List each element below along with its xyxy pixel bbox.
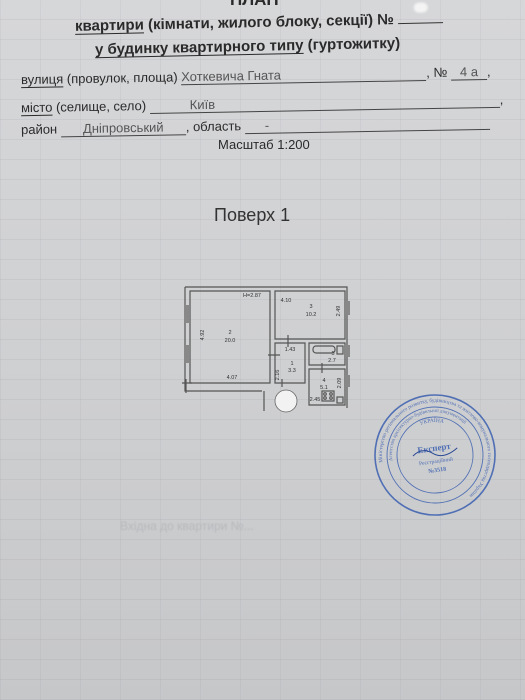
- region-label: , область: [186, 118, 242, 134]
- house-no-label: №: [433, 65, 447, 80]
- region-value: -: [265, 118, 270, 133]
- apartment-type-rest: (кімнати, жилого блоку, секції) №: [144, 11, 394, 33]
- stamp-registered: Реєстраційний: [419, 456, 454, 468]
- stamp-reg-number: №3518: [428, 467, 447, 475]
- city-value: Київ: [190, 97, 216, 112]
- house-no-value: 4 а: [460, 64, 478, 79]
- redacted-number: [414, 2, 428, 12]
- room-4-area: 5.1: [320, 385, 328, 391]
- stamp-title: Експерт: [417, 441, 452, 456]
- room-1-area: 3.3: [288, 368, 296, 374]
- district-field: Дніпровський: [61, 119, 186, 137]
- room-3-area: 10.2: [306, 312, 317, 318]
- floor-title: Поверх 1: [214, 205, 290, 226]
- faint-bleed-text: Вхідна до квартири №...: [120, 519, 254, 533]
- street-row: вулиця (провулок, площа) Хоткевича Гната…: [21, 64, 491, 88]
- title-line-1: квартири (кімнати, жилого блоку, секції)…: [75, 10, 443, 35]
- house-no-field: 4 а: [451, 64, 487, 81]
- room-2-area: 20.0: [225, 338, 236, 344]
- city-label: місто: [21, 100, 53, 116]
- district-label: район: [21, 121, 57, 137]
- city-row: місто (селище, село) Київ,: [21, 92, 504, 116]
- street-label: вулиця: [21, 71, 63, 87]
- room-3-dim-b: 2.49: [336, 306, 342, 317]
- street-field: Хоткевича Гната: [181, 65, 426, 85]
- expert-stamp: Міністерство регіонального розвитку, буд…: [365, 385, 505, 525]
- room-5-number: 5: [331, 351, 334, 357]
- room-1-dim-b: 2.16: [275, 370, 281, 381]
- apartment-type-label: квартири: [75, 16, 144, 34]
- room-4-dim-a: 2.09: [337, 378, 343, 389]
- document-page: ПЛАН квартири (кімнати, жилого блоку, се…: [0, 0, 525, 700]
- city-field: Київ: [150, 92, 500, 114]
- room-3-dim-a: 4.10: [281, 298, 292, 304]
- scale-label: Масштаб 1:200: [218, 137, 310, 152]
- street-label-rest: (провулок, площа): [63, 69, 178, 86]
- district-value: Дніпровський: [83, 120, 164, 136]
- city-label-rest: (селище, село): [52, 98, 146, 115]
- district-row: район Дніпровський, область -: [21, 114, 490, 138]
- floor-plan: H=2.87 2 20.0 4.92 4.07 3 10.2 4.10 2.49…: [182, 283, 362, 413]
- plan-heading: ПЛАН: [230, 0, 279, 10]
- apartment-number-field: [398, 10, 443, 24]
- region-field: -: [245, 114, 490, 134]
- room-4-number: 4: [322, 378, 325, 384]
- title-line-2: у будинку квартирного типу (гуртожитку): [95, 35, 400, 58]
- room-4-dim-b: 2.45: [310, 397, 321, 403]
- room-2-number: 2: [228, 330, 231, 336]
- room-5-area: 2.7: [328, 358, 336, 364]
- room-2-dim-a: 4.92: [200, 330, 206, 341]
- room-2-dim-b: 4.07: [227, 375, 238, 381]
- building-type-rest: (гуртожитку): [303, 35, 400, 54]
- ceiling-height-label: H=2.87: [243, 293, 261, 299]
- street-value: Хоткевича Гната: [181, 68, 281, 85]
- room-1-dim-a: 1.43: [285, 347, 296, 353]
- room-1-number: 1: [290, 361, 293, 367]
- building-type-label: у будинку квартирного типу: [95, 37, 304, 58]
- room-3-number: 3: [309, 304, 312, 310]
